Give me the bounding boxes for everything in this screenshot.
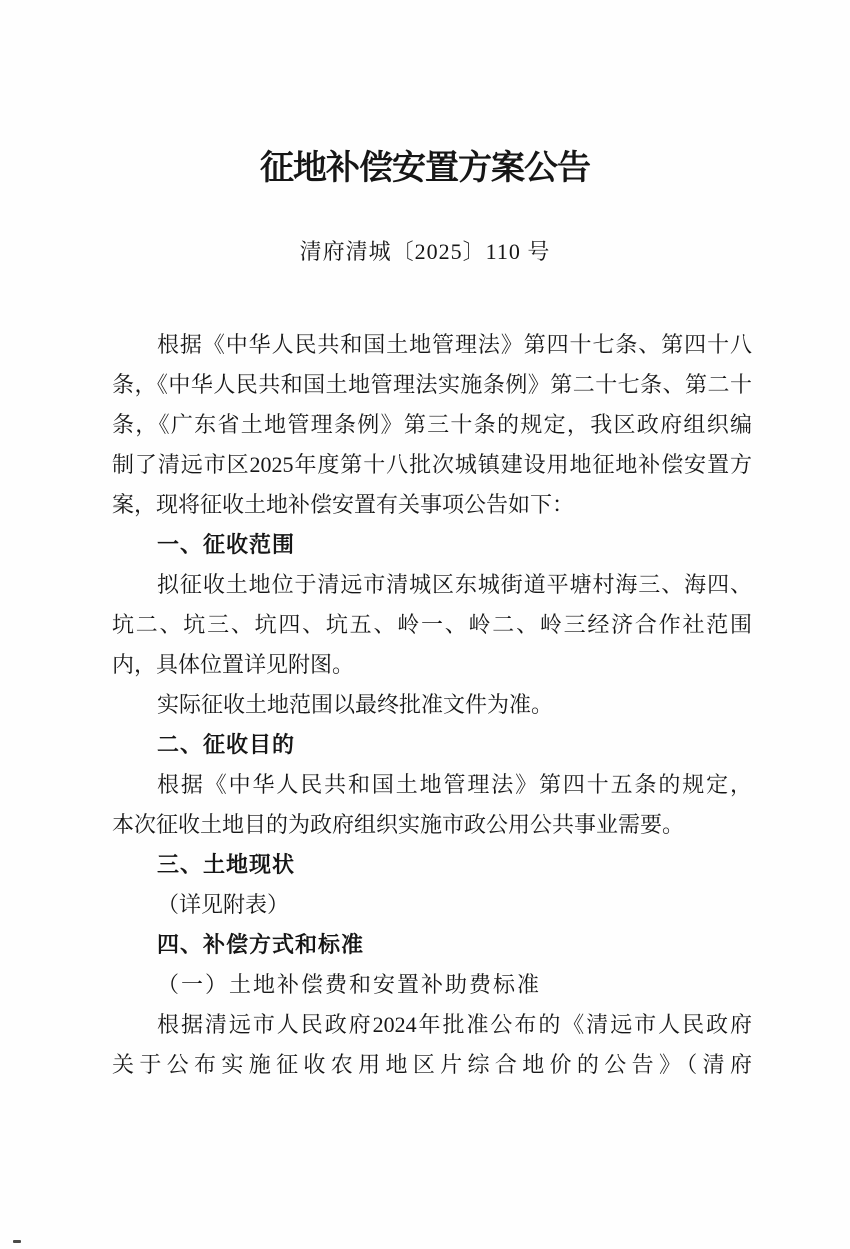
section-heading-3: 三、土地现状 xyxy=(112,845,752,885)
paragraph-line: 内，具体位置详见附图。 xyxy=(112,645,752,685)
document-page: 征地补偿安置方案公告 清府清城〔2025〕110 号 根据《中华人民共和国土地管… xyxy=(0,0,850,1249)
section-heading-4: 四、补偿方式和标准 xyxy=(112,925,752,965)
document-title: 征地补偿安置方案公告 xyxy=(0,146,850,192)
scan-artifact xyxy=(13,1240,21,1243)
section-heading-2: 二、征收目的 xyxy=(112,725,752,765)
paragraph-line: 实际征收土地范围以最终批准文件为准。 xyxy=(112,685,752,725)
paragraph-line: 根据清远市人民政府2024年批准公布的《清远市人民政府 xyxy=(112,1005,752,1045)
paragraph-line: 案，现将征收土地补偿安置有关事项公告如下： xyxy=(112,485,752,525)
document-body: 根据《中华人民共和国土地管理法》第四十七条、第四十八 条，《中华人民共和国土地管… xyxy=(112,325,752,1085)
paragraph-line: 坑二、坑三、坑四、坑五、岭一、岭二、岭三经济合作社范围 xyxy=(112,605,752,645)
paragraph-line: 条，《广东省土地管理条例》第三十条的规定，我区政府组织编 xyxy=(112,405,752,445)
paragraph-line: 制了清远市区2025年度第十八批次城镇建设用地征地补偿安置方 xyxy=(112,445,752,485)
sub-heading: （一）土地补偿费和安置补助费标准 xyxy=(112,965,752,1005)
paragraph-line: 根据《中华人民共和国土地管理法》第四十七条、第四十八 xyxy=(112,325,752,365)
paragraph-line: 条，《中华人民共和国土地管理法实施条例》第二十七条、第二十八 xyxy=(112,365,752,405)
document-number: 清府清城〔2025〕110 号 xyxy=(0,237,850,267)
section-heading-1: 一、征收范围 xyxy=(112,525,752,565)
paragraph-line: 关于公布实施征收农用地区片综合地价的公告》（清府 xyxy=(112,1045,752,1085)
paragraph-line: 根据《中华人民共和国土地管理法》第四十五条的规定， xyxy=(112,765,752,805)
paragraph-line: 本次征收土地目的为政府组织实施市政公用公共事业需要。 xyxy=(112,805,752,845)
paragraph-line: 拟征收土地位于清远市清城区东城街道平塘村海三、海四、 xyxy=(112,565,752,605)
paragraph-line: （详见附表） xyxy=(112,885,752,925)
